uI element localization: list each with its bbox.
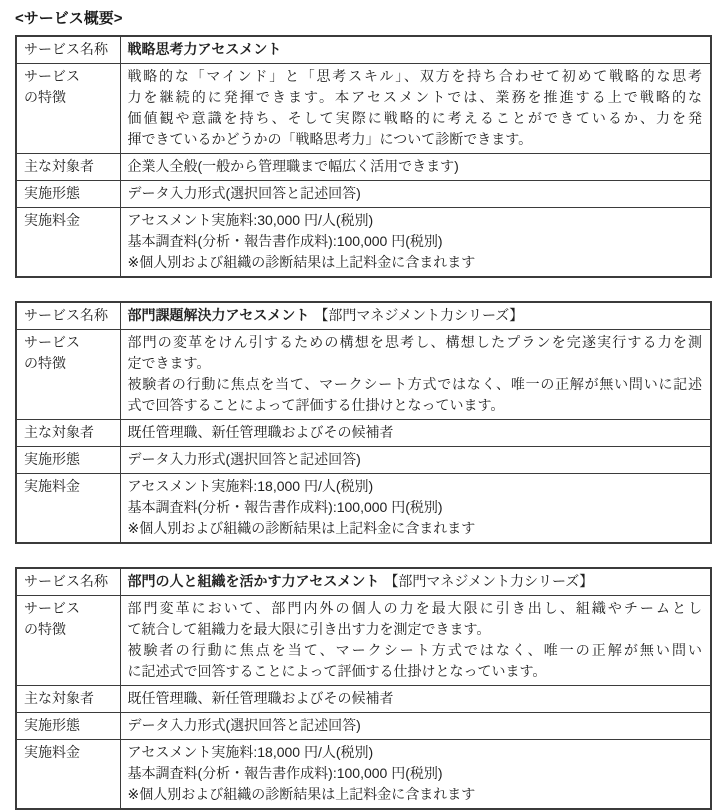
target-cell: 既任管理職、新任管理職およびその候補者	[120, 420, 711, 447]
service-series-suffix: 【部門マネジメント力シリーズ】	[314, 307, 523, 323]
text-line: ※個人別および組織の診断結果は上記料金に含まれます	[128, 252, 703, 273]
fee-label: 実施料金	[16, 474, 120, 544]
service-table-strategic-thinking: サービス名称 戦略思考力アセスメント サービス の特徴 戦略的な「マインド」と「…	[15, 35, 712, 278]
features-label-line2: の特徴	[24, 87, 112, 108]
table-row: サービス の特徴 部門の変革をけん引するための構想を思考し、構想したプランを完遂…	[16, 330, 711, 420]
table-row: 主な対象者 企業人全般(一般から管理職まで幅広く活用できます)	[16, 154, 711, 181]
fee-label: 実施料金	[16, 208, 120, 278]
features-label-line1: サービス	[24, 66, 112, 87]
features-label: サービス の特徴	[16, 596, 120, 686]
text-line: 定できます。	[128, 353, 703, 374]
text-line: 被験者の行動に焦点を当て、マークシート方式ではなく、唯一の正解が無い問い	[128, 640, 703, 661]
target-label: 主な対象者	[16, 686, 120, 713]
service-name-label: サービス名称	[16, 568, 120, 596]
text-line: 被験者の行動に焦点を当て、マークシート方式ではなく、唯一の正解が無い問いに記述	[128, 374, 703, 395]
text-line: 基本調査料(分析・報告書作成料):100,000 円(税別)	[128, 497, 703, 518]
text-line: 揮できているかどうかの「戦略思考力」について診断できます。	[128, 129, 703, 150]
text-line: て統合して組織力を最大限に引き出す力を測定できます。	[128, 619, 703, 640]
target-cell: 既任管理職、新任管理職およびその候補者	[120, 686, 711, 713]
text-line: 価値観や意識を持ち、そして実際に戦略的に考えることができているか、力を発	[128, 108, 703, 129]
text-line: 基本調査料(分析・報告書作成料):100,000 円(税別)	[128, 763, 703, 784]
fee-label: 実施料金	[16, 740, 120, 810]
service-name-label: サービス名称	[16, 302, 120, 330]
text-line: 部門の変革をけん引するための構想を思考し、構想したプランを完遂実行する力を測	[128, 332, 703, 353]
text-line: 部門変革において、部門内外の個人の力を最大限に引き出し、組織やチームとし	[128, 598, 703, 619]
service-name-cell: 部門課題解決力アセスメント【部門マネジメント力シリーズ】	[120, 302, 711, 330]
features-label-line2: の特徴	[24, 619, 112, 640]
features-label-line1: サービス	[24, 332, 112, 353]
text-line: 力を継続的に発揮できます。本アセスメントでは、業務を推進する上で戦略的な	[128, 87, 703, 108]
features-label-line1: サービス	[24, 598, 112, 619]
fee-cell: アセスメント実施料:18,000 円/人(税別)基本調査料(分析・報告書作成料)…	[120, 740, 711, 810]
service-name-label: サービス名称	[16, 36, 120, 64]
service-table-problem-solving: サービス名称 部門課題解決力アセスメント【部門マネジメント力シリーズ】 サービス…	[15, 301, 712, 544]
table-row: 実施形態 データ入力形式(選択回答と記述回答)	[16, 447, 711, 474]
table-row: 実施料金 アセスメント実施料:30,000 円/人(税別)基本調査料(分析・報告…	[16, 208, 711, 278]
format-cell: データ入力形式(選択回答と記述回答)	[120, 447, 711, 474]
features-cell: 部門変革において、部門内外の個人の力を最大限に引き出し、組織やチームとして統合し…	[120, 596, 711, 686]
table-row: 実施形態 データ入力形式(選択回答と記述回答)	[16, 181, 711, 208]
document-page: <サービス概要> サービス名称 戦略思考力アセスメント サービス の特徴 戦略的…	[0, 0, 725, 810]
fee-cell: アセスメント実施料:30,000 円/人(税別)基本調査料(分析・報告書作成料)…	[120, 208, 711, 278]
text-line: ※個人別および組織の診断結果は上記料金に含まれます	[128, 518, 703, 539]
text-line: 式で回答することによって評価する仕掛けとなっています。	[128, 395, 703, 416]
text-line: アセスメント実施料:30,000 円/人(税別)	[128, 210, 703, 231]
table-row: サービス名称 部門課題解決力アセスメント【部門マネジメント力シリーズ】	[16, 302, 711, 330]
text-line: ※個人別および組織の診断結果は上記料金に含まれます	[128, 784, 703, 805]
features-label: サービス の特徴	[16, 330, 120, 420]
service-table-people-organization: サービス名称 部門の人と組織を活かす力アセスメント【部門マネジメント力シリーズ】…	[15, 567, 712, 810]
service-name-text: 部門課題解決力アセスメント	[128, 307, 310, 323]
format-label: 実施形態	[16, 181, 120, 208]
format-cell: データ入力形式(選択回答と記述回答)	[120, 181, 711, 208]
table-row: 主な対象者 既任管理職、新任管理職およびその候補者	[16, 686, 711, 713]
service-series-suffix: 【部門マネジメント力シリーズ】	[384, 573, 593, 589]
format-label: 実施形態	[16, 713, 120, 740]
text-line: 戦略的な「マインド」と「思考スキル」、双方を持ち合わせて初めて戦略的な思考	[128, 66, 703, 87]
text-line: アセスメント実施料:18,000 円/人(税別)	[128, 742, 703, 763]
target-cell: 企業人全般(一般から管理職まで幅広く活用できます)	[120, 154, 711, 181]
table-row: サービス名称 戦略思考力アセスメント	[16, 36, 711, 64]
features-label-line2: の特徴	[24, 353, 112, 374]
page-title: <サービス概要>	[15, 7, 725, 28]
features-cell: 部門の変革をけん引するための構想を思考し、構想したプランを完遂実行する力を測定で…	[120, 330, 711, 420]
target-label: 主な対象者	[16, 420, 120, 447]
target-label: 主な対象者	[16, 154, 120, 181]
features-label: サービス の特徴	[16, 64, 120, 154]
format-cell: データ入力形式(選択回答と記述回答)	[120, 713, 711, 740]
table-row: 実施料金 アセスメント実施料:18,000 円/人(税別)基本調査料(分析・報告…	[16, 740, 711, 810]
service-name-text: 戦略思考力アセスメント	[128, 41, 282, 57]
table-row: 実施料金 アセスメント実施料:18,000 円/人(税別)基本調査料(分析・報告…	[16, 474, 711, 544]
features-cell: 戦略的な「マインド」と「思考スキル」、双方を持ち合わせて初めて戦略的な思考力を継…	[120, 64, 711, 154]
table-row: 主な対象者 既任管理職、新任管理職およびその候補者	[16, 420, 711, 447]
table-row: サービス の特徴 戦略的な「マインド」と「思考スキル」、双方を持ち合わせて初めて…	[16, 64, 711, 154]
format-label: 実施形態	[16, 447, 120, 474]
table-row: サービス の特徴 部門変革において、部門内外の個人の力を最大限に引き出し、組織や…	[16, 596, 711, 686]
text-line: 基本調査料(分析・報告書作成料):100,000 円(税別)	[128, 231, 703, 252]
text-line: に記述式で回答することによって評価する仕掛けとなっています。	[128, 661, 703, 682]
service-name-cell: 部門の人と組織を活かす力アセスメント【部門マネジメント力シリーズ】	[120, 568, 711, 596]
service-name-text: 部門の人と組織を活かす力アセスメント	[128, 573, 380, 589]
table-row: サービス名称 部門の人と組織を活かす力アセスメント【部門マネジメント力シリーズ】	[16, 568, 711, 596]
text-line: アセスメント実施料:18,000 円/人(税別)	[128, 476, 703, 497]
table-row: 実施形態 データ入力形式(選択回答と記述回答)	[16, 713, 711, 740]
service-name-cell: 戦略思考力アセスメント	[120, 36, 711, 64]
fee-cell: アセスメント実施料:18,000 円/人(税別)基本調査料(分析・報告書作成料)…	[120, 474, 711, 544]
